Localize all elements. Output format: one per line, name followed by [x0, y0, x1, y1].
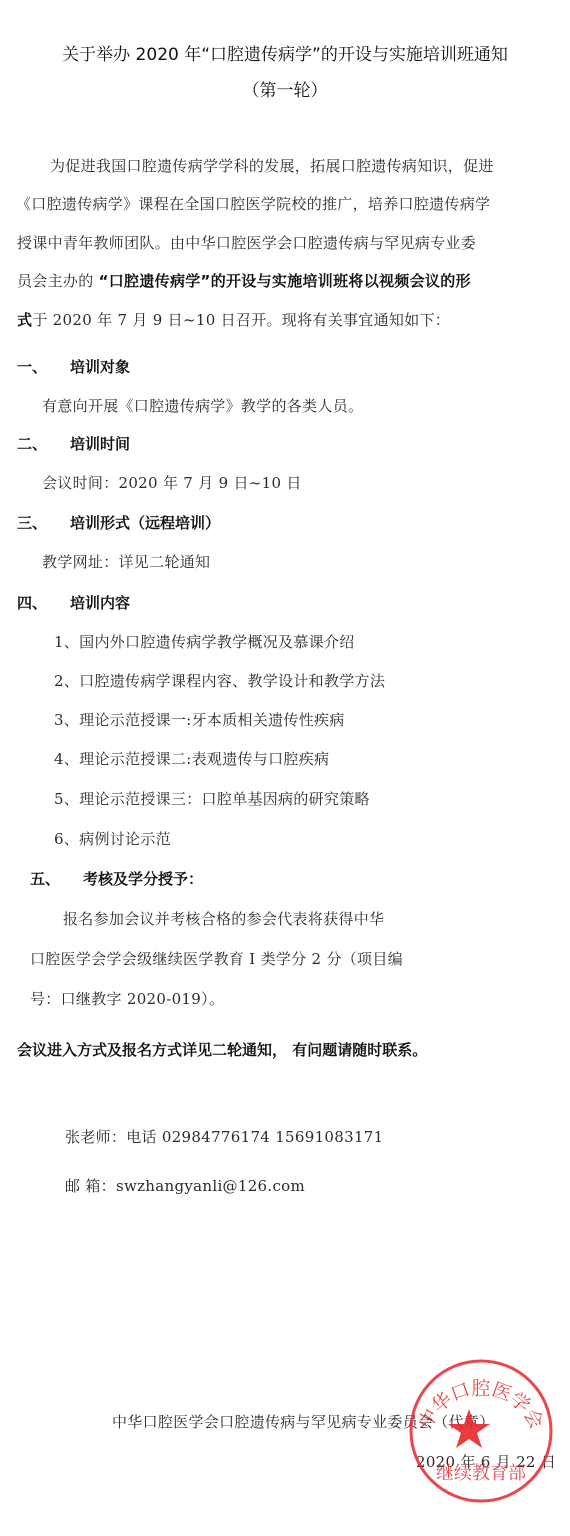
section-title: 考核及学分授予： [83, 870, 203, 888]
list-item: 5、理论示范授课三：口腔单基因病的研究策略 [54, 788, 370, 809]
credit-line: 报名参加会议并考核合格的参会代表将获得中华 [63, 908, 384, 929]
list-item: 3、理论示范授课一:牙本质相关遗传性疾病 [54, 709, 345, 730]
section-title: 培训时间 [70, 435, 130, 453]
list-item: 6、病例讨论示范 [54, 828, 171, 849]
section-content: 教学网址：详见二轮通知 [42, 551, 210, 572]
section-number: 四、 [17, 592, 70, 613]
intro-line: 授课中青年教师团队。由中华口腔医学会口腔遗传病与罕见病专业委 [17, 232, 476, 253]
section-heading: 五、考核及学分授予： [30, 868, 203, 889]
intro-text: 于 2020 年 7 月 9 日~10 日召开。现将有关事宜通知如下： [32, 311, 450, 329]
section-title: 培训形式（远程培训） [70, 514, 220, 532]
intro-line: 式于 2020 年 7 月 9 日~10 日召开。现将有关事宜通知如下： [17, 309, 450, 330]
list-item: 1、国内外口腔遗传病学教学概况及慕课介绍 [54, 631, 355, 652]
section-number: 五、 [30, 868, 83, 889]
intro-text: 员会主办的 [17, 272, 94, 290]
contact-email[interactable]: 邮 箱：swzhangyanli@126.com [65, 1175, 305, 1196]
section-number: 二、 [17, 433, 70, 454]
section-title: 培训内容 [70, 594, 130, 612]
intro-bold-text: 式 [17, 311, 32, 329]
intro-line: 员会主办的 “口腔遗传病学”的开设与实施培训班将以视频会议的形 [17, 270, 471, 291]
section-title: 培训对象 [70, 358, 130, 376]
star-icon [448, 1409, 490, 1448]
document-title: 关于举办 2020 年“口腔遗传病学”的开设与实施培训班通知 [0, 40, 570, 65]
section-number: 一、 [17, 356, 70, 377]
intro-bold-text: “口腔遗传病学”的开设与实施培训班将以视频会议的形 [99, 272, 471, 290]
section-content: 有意向开展《口腔遗传病学》教学的各类人员。 [42, 395, 363, 416]
intro-line: 为促进我国口腔遗传病学学科的发展，拓展口腔遗传病知识，促进 [50, 155, 494, 176]
document-subtitle: （第一轮） [0, 76, 570, 101]
section-content: 会议时间：2020 年 7 月 9 日~10 日 [42, 472, 302, 493]
seal-bottom-text: 继续教育部 [436, 1463, 526, 1484]
section-heading: 一、培训对象 [17, 356, 130, 377]
official-seal-icon: 中华口腔医学会 继续教育部 [408, 1358, 554, 1504]
intro-line: 《口腔遗传病学》课程在全国口腔医学院校的推广，培养口腔遗传病学 [16, 193, 490, 214]
credit-line: 号：口继教字 2020-019）。 [30, 988, 224, 1009]
list-item: 4、理论示范授课二:表观遗传与口腔疾病 [54, 748, 329, 769]
closing-note: 会议进入方式及报名方式详见二轮通知， 有问题请随时联系。 [17, 1039, 427, 1060]
section-number: 三、 [17, 512, 70, 533]
section-heading: 三、培训形式（远程培训） [17, 512, 220, 533]
contact-phone: 张老师：电话 02984776174 15691083171 [65, 1126, 384, 1147]
credit-line: 口腔医学会学会级继续医学教育 I 类学分 2 分（项目编 [30, 948, 403, 969]
section-heading: 二、培训时间 [17, 433, 130, 454]
list-item: 2、口腔遗传病学课程内容、教学设计和教学方法 [54, 670, 385, 691]
section-heading: 四、培训内容 [17, 592, 130, 613]
